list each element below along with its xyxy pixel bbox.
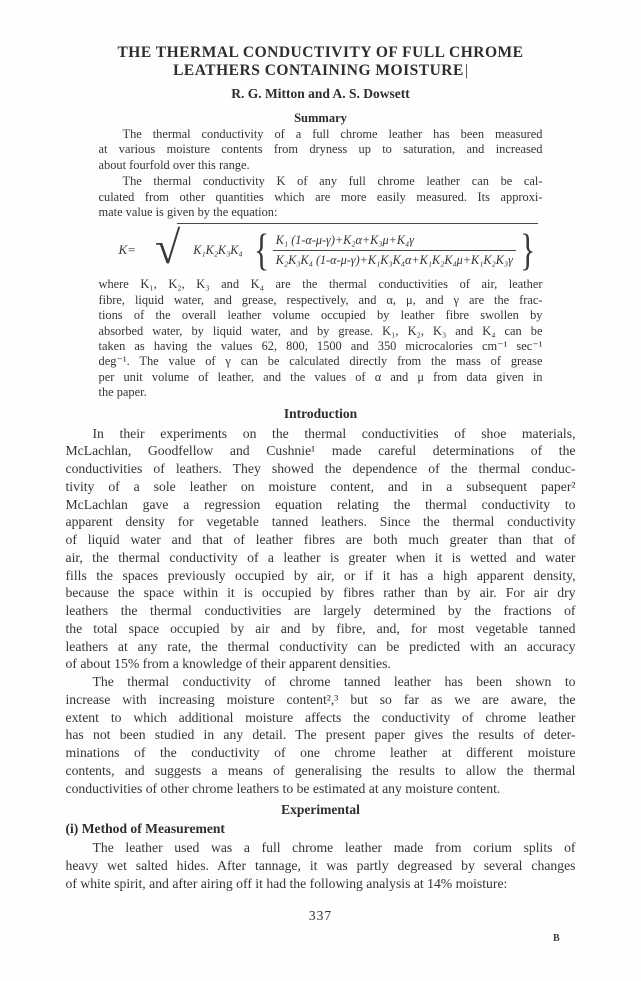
text-line: absorbed water, by liquid water, and by … [99, 324, 543, 339]
equation-fraction: K₁ (1-α-μ-γ)+K₂α+K₃μ+K₄γ K₂K₃K₄ (1-α-μ-γ… [273, 233, 516, 269]
text-line: where K₁, K₂, K₃ and K₄ are the thermal … [99, 277, 543, 292]
text-line: has not been studied in any detail. The … [66, 726, 576, 744]
square-root-icon: √ [155, 229, 180, 267]
right-brace-icon: } [520, 228, 535, 273]
text-line: The leather used was a full chrome leath… [66, 839, 576, 857]
text-line: mate value is given by the equation: [99, 205, 543, 220]
text-line: because the space within it is occupied … [66, 584, 576, 602]
equation-container: K= √ K₁K₂K₃K₄ { K₁ (1-α-μ-γ)+K₂α+K₃μ+K₄γ… [99, 223, 543, 275]
equation-numerator: K₁ (1-α-μ-γ)+K₂α+K₃μ+K₄γ [273, 233, 516, 251]
text-line: the total space occupied by air and by f… [66, 620, 576, 638]
text-line: conductivities of leathers. They showed … [66, 460, 576, 478]
introduction-heading: Introduction [0, 406, 641, 422]
paper-page: THE THERMAL CONDUCTIVITY OF FULL CHROME … [0, 0, 641, 981]
text-line: tions of the overall leather volume occu… [99, 308, 543, 323]
text-line: culated from other quantities which are … [99, 190, 543, 205]
text-line: McLachlan, Goodfellow and Cushnie¹ made … [66, 442, 576, 460]
text-line: at various moisture contents from drynes… [99, 142, 543, 157]
summary-paragraph-2: The thermal conductivity K of any full c… [99, 174, 543, 220]
text-line: The thermal conductivity K of any full c… [99, 174, 543, 189]
text-line: contents, and suggests a means of genera… [66, 762, 576, 780]
text-line: about fourfold over this range. [99, 158, 543, 173]
text-line: leathers at any rate, the thermal conduc… [66, 638, 576, 656]
text-line: fibre, liquid water, and grease, respect… [99, 293, 543, 308]
equation: K= √ K₁K₂K₃K₄ { K₁ (1-α-μ-γ)+K₂α+K₃μ+K₄γ… [119, 223, 543, 275]
text-line: conductivities of other chrome leathers … [66, 780, 576, 798]
introduction-paragraph-2: The thermal conductivity of chrome tanne… [66, 673, 576, 797]
authors: R. G. Mitton and A. S. Dowsett [0, 86, 641, 102]
experimental-heading: Experimental [0, 802, 641, 818]
equation-denominator: K₂K₃K₄ (1-α-μ-γ)+K₁K₃K₄α+K₁K₂K₄μ+K₁K₂K₃γ [273, 251, 516, 268]
text-line: extent to which additional moisture affe… [66, 709, 576, 727]
method-of-measurement-heading: (i) Method of Measurement [66, 821, 576, 837]
equation-lhs: K= [119, 242, 136, 257]
text-line: of liquid water and that of leather fibr… [66, 531, 576, 549]
left-brace-icon: { [254, 228, 269, 273]
text-line: minations of the conductivity of one chr… [66, 744, 576, 762]
paper-title-line2: LEATHERS CONTAINING MOISTURE| [0, 62, 641, 80]
text-line: taken as having the values 62, 800, 1500… [99, 339, 543, 354]
text-line: per unit volume of leather, and the valu… [99, 370, 543, 385]
text-line: tivity of a sole leather on moisture con… [66, 478, 576, 496]
text-line: The thermal conductivity of chrome tanne… [66, 673, 576, 691]
radicand: K₁K₂K₃K₄ { K₁ (1-α-μ-γ)+K₂α+K₃μ+K₄γ K₂K₃… [177, 223, 538, 275]
introduction-paragraph-1: In their experiments on the thermal cond… [66, 425, 576, 674]
printers-signature-mark: B [553, 933, 560, 944]
paper-title: THE THERMAL CONDUCTIVITY OF FULL CHROME … [0, 44, 641, 79]
text-line: deg⁻¹. The value of γ can be calculated … [99, 354, 543, 369]
summary-paragraph-after-equation: where K₁, K₂, K₃ and K₄ are the thermal … [99, 277, 543, 400]
text-line: air, the thermal conductivity of a leath… [66, 549, 576, 567]
page-number: 337 [0, 908, 641, 924]
text-line: In their experiments on the thermal cond… [66, 425, 576, 443]
text-line: heavy wet salted hides. After tannage, i… [66, 857, 576, 875]
text-line: of white spirit, and after airing off it… [66, 875, 576, 893]
radical-group: √ K₁K₂K₃K₄ { K₁ (1-α-μ-γ)+K₂α+K₃μ+K₄γ K₂… [152, 223, 538, 275]
summary-heading: Summary [0, 111, 641, 126]
scan-artifact-bar: | [465, 62, 468, 79]
paper-title-line1: THE THERMAL CONDUCTIVITY OF FULL CHROME [0, 44, 641, 62]
summary-paragraph-1: The thermal conductivity of a full chrom… [99, 127, 543, 173]
text-line: McLachlan gave a regression equation rel… [66, 496, 576, 514]
text-line: the paper. [99, 385, 543, 400]
paper-title-line2-text: LEATHERS CONTAINING MOISTURE [173, 62, 464, 79]
text-line: leathers the thermal conductivities are … [66, 602, 576, 620]
text-line: of about 15% from a knowledge of their a… [66, 655, 576, 673]
text-line: increase with increasing moisture conten… [66, 691, 576, 709]
text-line: fills the spaces previously occupied by … [66, 567, 576, 585]
equation-coefficient: K₁K₂K₃K₄ [193, 243, 242, 258]
experimental-paragraph-1: The leather used was a full chrome leath… [66, 839, 576, 892]
text-line: apparent density for vegetable tanned le… [66, 513, 576, 531]
text-line: The thermal conductivity of a full chrom… [99, 127, 543, 142]
